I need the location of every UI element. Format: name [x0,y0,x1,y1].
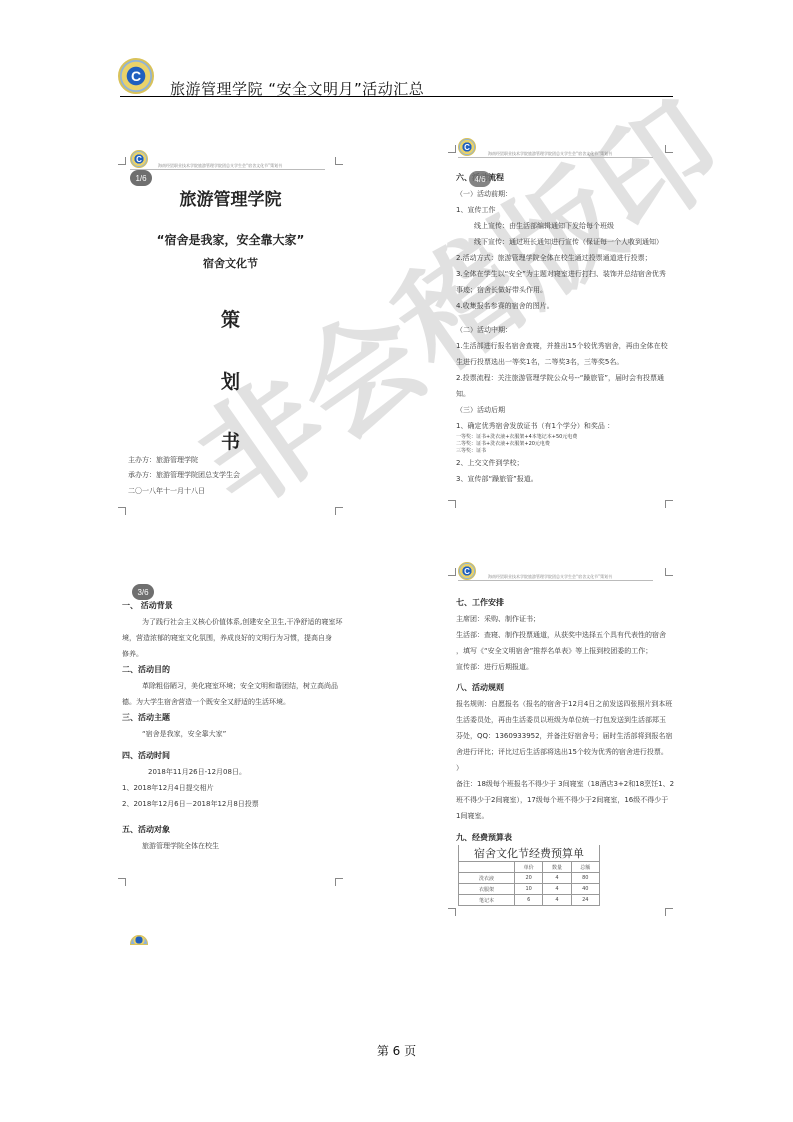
crop-mark [448,145,456,153]
crop-mark [448,568,456,576]
process-list: （一）活动前期： 1、宣传工作 线上宣传：由生活部编辑通知下发给每个班级 线下宣… [456,186,666,314]
mini-header-line [458,157,653,158]
event-name: 宿舍文化节 [118,255,343,271]
mini-logo: C [130,150,148,168]
crop-mark [335,878,343,886]
crop-mark [665,908,673,916]
crop-mark [335,507,343,515]
mini-logo: C [458,138,476,156]
plan-sections: 一、 活动背景 为了践行社会主义核心价值体系,创建安全卫生,干净舒适的寝室环 境… [122,598,342,854]
crop-mark [118,507,126,515]
activity-rules: 八、活动规则 报名规则：自愿报名（报名的宿舍于12月4日之前发送四张照片到本班 … [456,680,674,824]
thumbnail-page-1: C 海南经贸职业技术学院旅游管理学院团总支学生会“宿舍文化节”策划书 1/6 旅… [118,145,343,520]
table-row: 笔记本 6 4 24 [459,895,600,906]
college-logo: C [118,58,154,94]
table-row: 洗衣液 20 4 80 [459,873,600,884]
slogan: “宿舍是我家，安全靠大家” [118,231,343,248]
thumbnail-page-3: 3/6 一、 活动背景 为了践行社会主义核心价值体系,创建安全卫生,干净舒适的寝… [118,580,343,940]
table-header-row: 单价 数量 总额 [459,862,600,873]
doc-char: 书 [118,427,343,454]
header-divider [120,96,673,97]
mini-header-line [458,580,653,581]
crop-mark [335,157,343,165]
crop-mark [448,908,456,916]
page-number: 第 6 页 [0,1042,793,1059]
date-line: 二〇一八年十一月十八日 [128,483,205,499]
crop-mark [448,500,456,508]
mini-logo: C [458,562,476,580]
budget-table: 宿舍文化节经费预算单 单价 数量 总额 洗衣液 20 4 80 衣服架 10 4… [458,845,600,906]
mid-phase: （二）活动中期： 1.生活部进行报名宿舍查寝，并推出15个较优秀宿舍，再由全体在… [456,322,668,487]
page-badge: 1/6 [130,170,152,186]
org-title: 旅游管理学院 [118,185,343,210]
mini-header-line [130,169,325,170]
budget-title: 宿舍文化节经费预算单 [459,845,600,862]
crop-mark [118,157,126,165]
host-line: 主办方：旅游管理学院 [128,452,198,468]
organizer-line: 承办方：旅游管理学院团总支学生会 [128,467,240,483]
doc-char: 策 [118,305,343,332]
crop-mark [665,568,673,576]
table-row: 衣服架 10 4 40 [459,884,600,895]
section-heading: 九、经费预算表 [456,830,512,846]
crop-mark [118,878,126,886]
crop-mark [665,145,673,153]
crop-mark [665,500,673,508]
page-badge: 4/6 [469,171,491,187]
thumbnail-page-4: C 海南经贸职业技术学院旅游管理学院团总支学生会“宿舍文化节”策划书 六、活动流… [448,135,673,515]
mini-logo [130,935,148,945]
thumbnail-page-6: C 海南经贸职业技术学院旅游管理学院团总支学生会“宿舍文化节”策划书 七、工作安… [448,560,673,920]
work-arrangement: 七、工作安排 主席团：采购、制作证书； 生活部：查寝、制作投票通道，从获奖中选择… [456,595,666,675]
doc-char: 划 [118,367,343,394]
